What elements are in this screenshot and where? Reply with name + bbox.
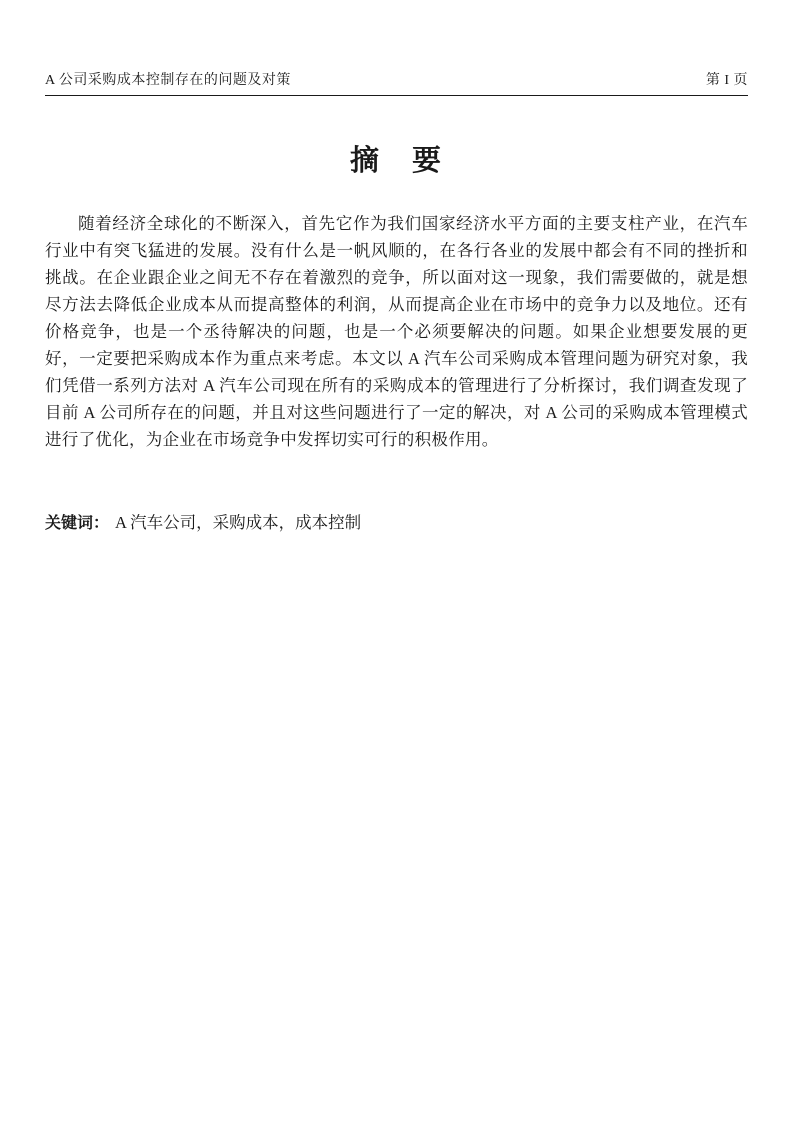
header-page-number: 第 I 页 — [706, 72, 748, 90]
keywords-line: 关键词：A 汽车公司，采购成本，成本控制 — [45, 511, 748, 536]
abstract-paragraph: 随着经济全球化的不断深入，首先它作为我们国家经济水平方面的主要支柱产业，在汽车行… — [45, 210, 748, 453]
keywords-text: A 汽车公司，采购成本，成本控制 — [115, 513, 361, 532]
document-page: A 公司采购成本控制存在的问题及对策 第 I 页 摘 要 随着经济全球化的不断深… — [0, 0, 793, 1122]
running-header: A 公司采购成本控制存在的问题及对策 第 I 页 — [45, 0, 748, 96]
page-content: A 公司采购成本控制存在的问题及对策 第 I 页 摘 要 随着经济全球化的不断深… — [45, 0, 748, 536]
header-document-title: A 公司采购成本控制存在的问题及对策 — [45, 72, 291, 90]
keywords-label: 关键词： — [45, 515, 109, 532]
abstract-title: 摘 要 — [45, 144, 748, 178]
